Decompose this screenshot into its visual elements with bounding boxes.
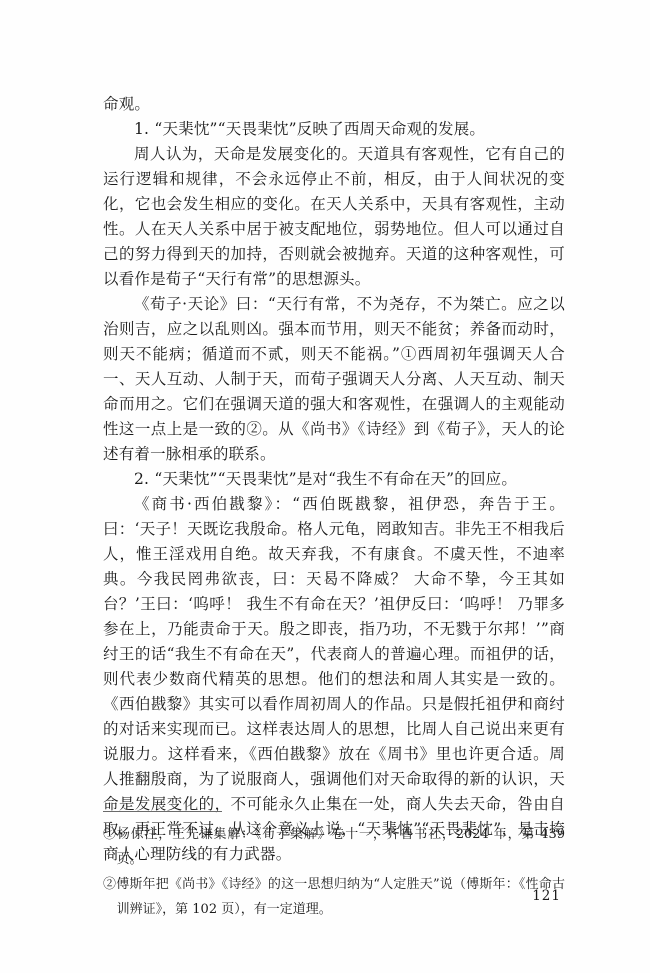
- footnote-2-text: 傅斯年把《尚书》《诗经》的这一思想归纳为“人定胜天”说（傅斯年：《性命古训辨证》…: [116, 877, 565, 917]
- footnote-1-text: 杨倞注，王先谦集解：《荀子集解》卷十一，齐鲁书社，2024 年，第 439 页。: [117, 827, 565, 867]
- body-paragraph-tiandao: 周人认为，天命是发展变化的。天道具有客观性，它有自己的运行逻辑和规律，不会永远停…: [103, 142, 565, 292]
- section-heading-1: 1. “天棐忱”“天畏棐忱”反映了西周天命观的发展。: [103, 117, 565, 142]
- body-paragraph-xunzi-quote: 《荀子·天论》曰：“天行有常，不为尧存，不为桀亡。应之以治则吉，应之以乱则凶。强…: [103, 292, 565, 467]
- body-text: 命观。 1. “天棐忱”“天畏棐忱”反映了西周天命观的发展。 周人认为，天命是发…: [103, 92, 565, 867]
- footnote-2-marker: ②: [103, 877, 116, 892]
- document-page: 命观。 1. “天棐忱”“天畏棐忱”反映了西周天命观的发展。 周人认为，天命是发…: [0, 0, 650, 973]
- footnote-separator: [103, 811, 222, 812]
- footnote-1: ①杨倞注，王先谦集解：《荀子集解》卷十一，齐鲁书社，2024 年，第 439 页…: [103, 822, 565, 872]
- footnote-area: ①杨倞注，王先谦集解：《荀子集解》卷十一，齐鲁书社，2024 年，第 439 页…: [103, 811, 565, 922]
- trailing-paragraph: 命观。: [103, 92, 565, 117]
- footnote-1-marker: ①: [103, 827, 117, 842]
- section-heading-2: 2. “天棐忱”“天畏棐忱”是对“我生不有命在天”的回应。: [103, 467, 565, 492]
- footnote-2: ②傅斯年把《尚书》《诗经》的这一思想归纳为“人定胜天”说（傅斯年：《性命古训辨证…: [103, 872, 565, 922]
- page-number: 121: [532, 886, 561, 906]
